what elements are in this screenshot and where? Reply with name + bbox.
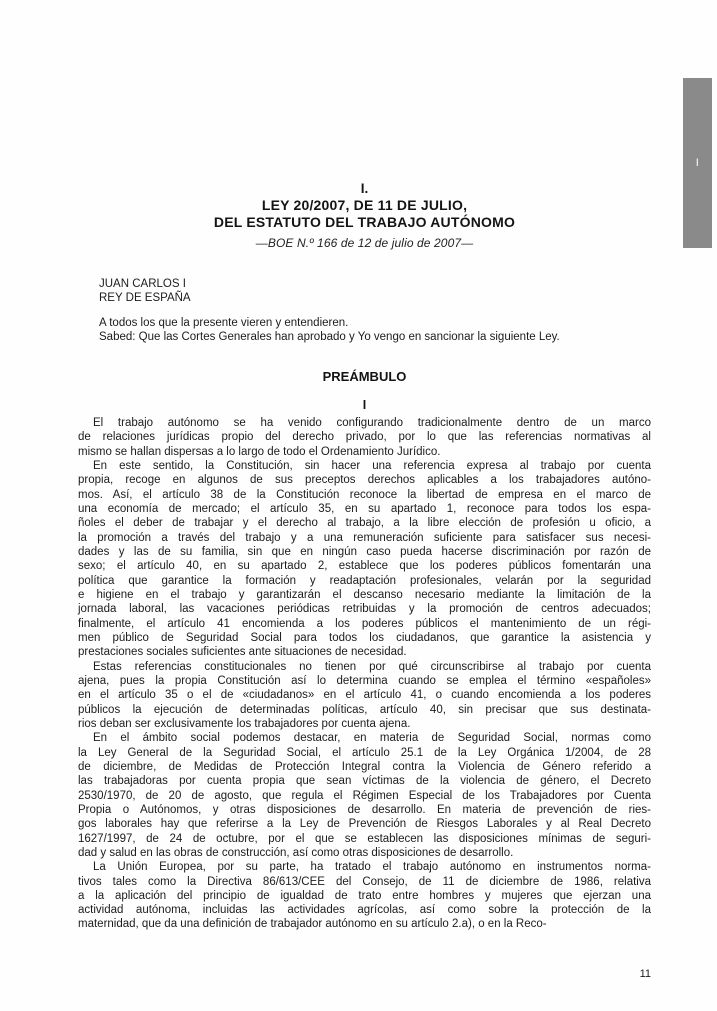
paragraph-line: En este sentido, la Constitución, sin ha… <box>78 459 651 473</box>
law-title-line-1: LEY 20/2007, DE 11 DE JULIO, <box>78 197 651 214</box>
law-title-block: I. LEY 20/2007, DE 11 DE JULIO, DEL ESTA… <box>78 180 651 250</box>
paragraph-line: jornada laboral, las vacaciones periódic… <box>78 602 651 616</box>
paragraph-line: men público de Seguridad Social para tod… <box>78 631 651 645</box>
paragraph-line: tivos tales como la Directiva 86/613/CEE… <box>78 875 651 889</box>
paragraph-line: públicos la ejecución de determinadas po… <box>78 703 651 717</box>
royal-signature-block: JUAN CARLOS I REY DE ESPAÑA <box>99 277 191 306</box>
paragraph-line: la promoción a través del trabajo y a un… <box>78 531 651 545</box>
monarch-name: JUAN CARLOS I <box>99 277 191 291</box>
paragraph-line: de relaciones jurídicas propio del derec… <box>78 430 651 444</box>
paragraph-line: e higiene en el trabajo y garantizarán e… <box>78 588 651 602</box>
paragraph-line: mos. Así, el artículo 38 de la Constituc… <box>78 488 651 502</box>
law-title-line-2: DEL ESTATUTO DEL TRABAJO AUTÓNOMO <box>78 214 651 231</box>
paragraph-line: ñoles el deber de trabajar y el derecho … <box>78 516 651 530</box>
paragraph-line: política que garantice la formación y re… <box>78 574 651 588</box>
monarch-title: REY DE ESPAÑA <box>99 291 191 305</box>
paragraph-line: una economía de mercado; el artículo 35,… <box>78 502 651 516</box>
boe-reference: —BOE N.º 166 de 12 de julio de 2007— <box>78 236 651 250</box>
paragraph-line: mismo se hallan dispersas a lo largo de … <box>78 445 651 459</box>
paragraph-line: dades y las de su familia, sin que en ni… <box>78 545 651 559</box>
paragraph-line: sexo; el artículo 40, en su apartado 2, … <box>78 559 651 573</box>
paragraph-line: finalmente, el artículo 41 encomienda a … <box>78 617 651 631</box>
preamble-heading: PREÁMBULO <box>78 369 651 384</box>
paragraph-line: de diciembre, de Medidas de Protección I… <box>78 760 651 774</box>
paragraph-line: la Ley General de la Seguridad Social, e… <box>78 746 651 760</box>
paragraph-line: a la aplicación del principio de igualda… <box>78 889 651 903</box>
salutation-line-1: A todos los que la presente vieren y ent… <box>99 316 560 330</box>
paragraph-line: gos laborales hay que referirse a la Ley… <box>78 817 651 831</box>
paragraph-line: La Unión Europea, por su parte, ha trata… <box>78 860 651 874</box>
enacting-formula: A todos los que la presente vieren y ent… <box>99 316 560 345</box>
paragraph-line: En el ámbito social podemos destacar, en… <box>78 731 651 745</box>
paragraph-line: ajena, pues la propia Constitución así l… <box>78 674 651 688</box>
document-page: I I. LEY 20/2007, DE 11 DE JULIO, DEL ES… <box>0 0 717 1011</box>
chapter-side-tab: I <box>683 78 712 248</box>
paragraph-line: 1627/1997, de 24 de octubre, por el que … <box>78 832 651 846</box>
preamble-body: El trabajo autónomo se ha venido configu… <box>78 416 651 932</box>
paragraph-line: Estas referencias constitucionales no ti… <box>78 660 651 674</box>
paragraph-line: las trabajadoras por cuenta propia que s… <box>78 774 651 788</box>
paragraph-line: en el artículo 35 o el de «ciudadanos» e… <box>78 688 651 702</box>
law-section-numeral: I. <box>78 180 651 197</box>
paragraph-line: maternidad, que da una definición de tra… <box>78 917 651 931</box>
paragraph-line: dad y salud en las obras de construcción… <box>78 846 651 860</box>
preamble-section-number: I <box>78 398 651 412</box>
paragraph-line: El trabajo autónomo se ha venido configu… <box>78 416 651 430</box>
paragraph-line: rios deban ser exclusivamente los trabaj… <box>78 717 651 731</box>
paragraph-line: 2530/1970, de 20 de agosto, que regula e… <box>78 789 651 803</box>
paragraph-line: Propia o Autónomos, y otras disposicione… <box>78 803 651 817</box>
salutation-line-2: Sabed: Que las Cortes Generales han apro… <box>99 330 560 344</box>
paragraph-line: actividad autónoma, incluidas las activi… <box>78 903 651 917</box>
chapter-side-tab-label: I <box>696 157 700 169</box>
paragraph-line: propia, recoge en algunos de sus precept… <box>78 473 651 487</box>
page-number: 11 <box>78 968 651 980</box>
paragraph-line: prestaciones sociales suficientes ante s… <box>78 645 651 659</box>
